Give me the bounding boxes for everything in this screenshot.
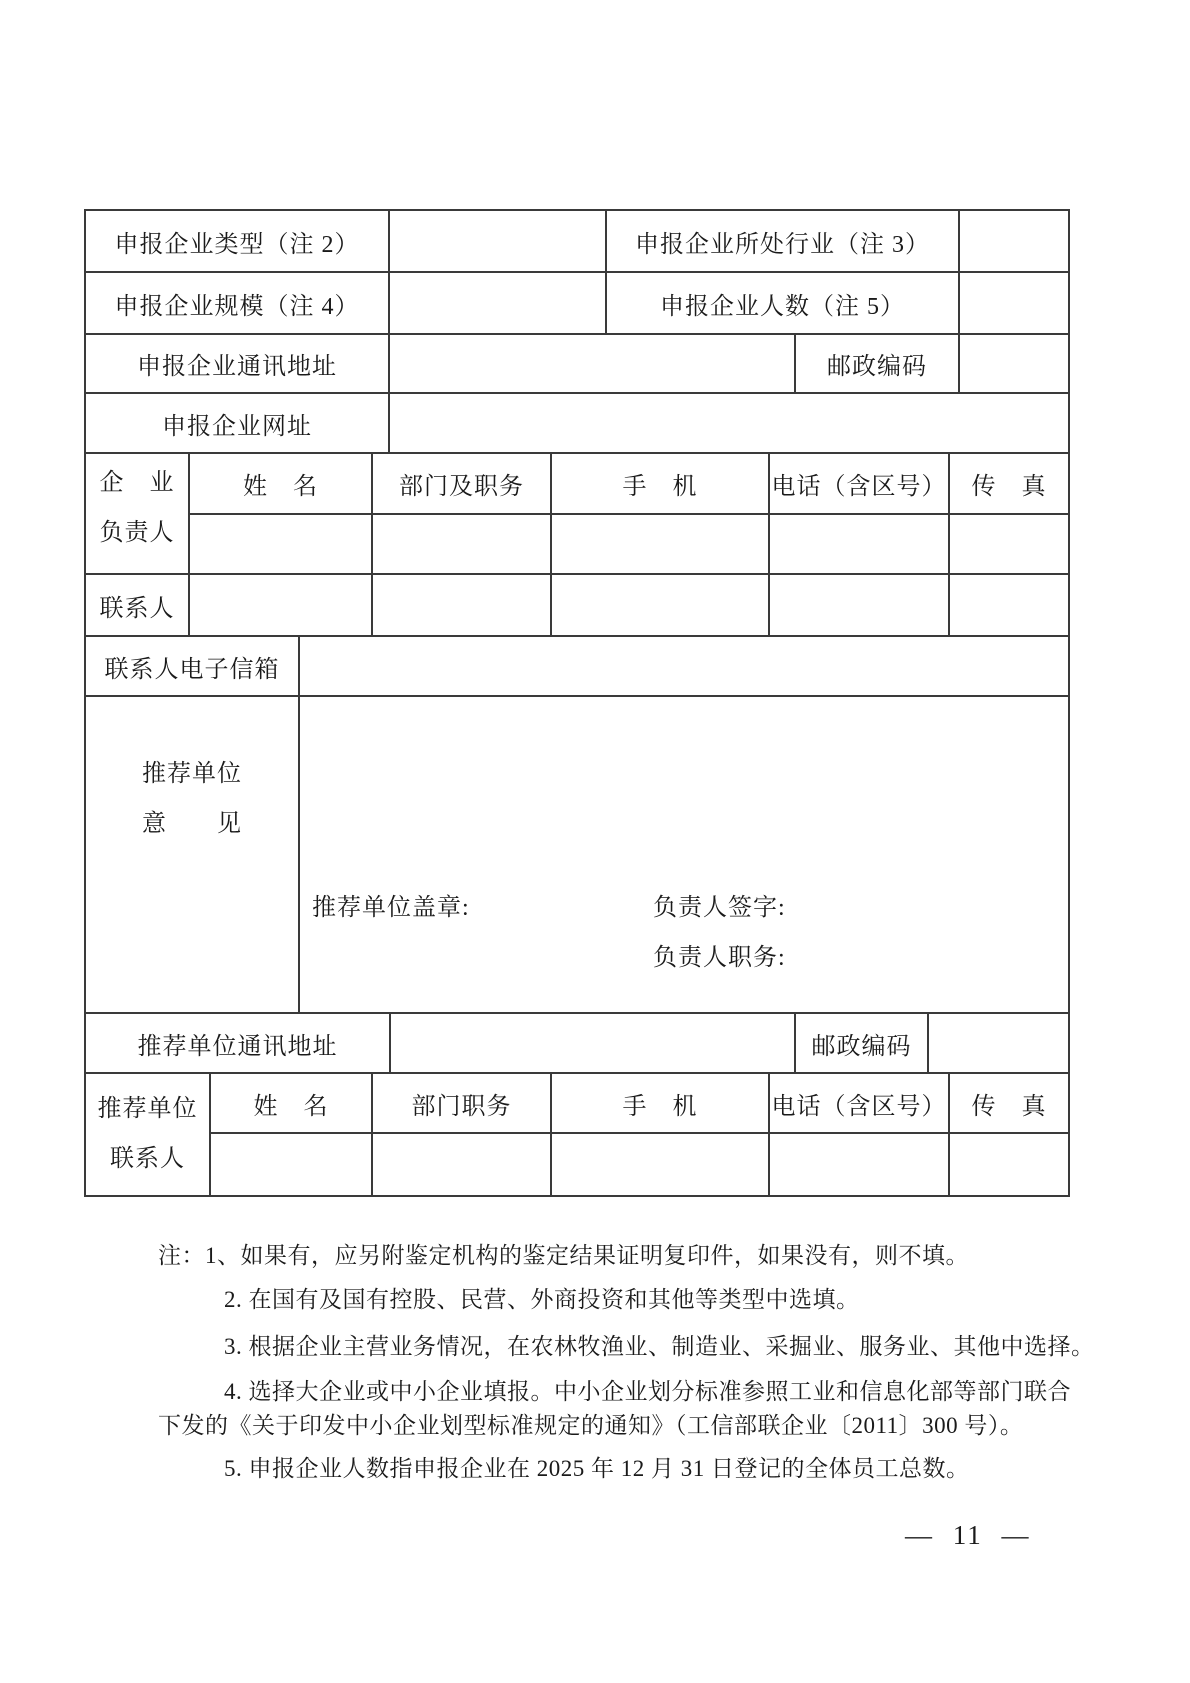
header-mobile: 手 机: [552, 454, 770, 513]
contact-phone-field[interactable]: [770, 575, 950, 635]
applicant-scale-field[interactable]: [390, 273, 607, 333]
label-applicant-scale: 申报企业规模（注 4）: [86, 273, 390, 333]
footnotes: 注：1、如果有，应另附鉴定机构的鉴定结果证明复印件，如果没有，则不填。 2. 在…: [158, 1240, 1103, 1485]
label-enterprise-leader: 企 业 负责人: [86, 454, 188, 575]
label-recommend-address: 推荐单位通讯地址: [86, 1014, 391, 1072]
label-postal-code-1: 邮政编码: [796, 335, 960, 392]
leader-mobile-field[interactable]: [552, 515, 770, 573]
footnote-2: 2. 在国有及国有控股、民营、外商投资和其他等类型中选填。: [224, 1284, 1103, 1316]
leader-phone-field[interactable]: [770, 515, 950, 573]
footnote-3: 3. 根据企业主营业务情况，在农林牧渔业、制造业、采掘业、服务业、其他中选择。: [224, 1331, 1103, 1363]
contact-fax-field[interactable]: [950, 575, 1068, 635]
enterprise-contacts-block: 企 业 负责人 联系人 姓 名 部门及职务 手 机 电话（含区号） 传 真: [86, 454, 1068, 637]
enterprise-contacts-header-row: 姓 名 部门及职务 手 机 电话（含区号） 传 真: [190, 454, 1068, 515]
rec-header-department: 部门职务: [373, 1074, 552, 1132]
applicant-postcode-field[interactable]: [960, 335, 1068, 392]
header-phone: 电话（含区号）: [770, 454, 950, 513]
document-page: 申报企业类型（注 2） 申报企业所处行业（注 3） 申报企业规模（注 4） 申报…: [0, 0, 1190, 1683]
applicant-industry-field[interactable]: [960, 211, 1068, 271]
label-enterprise-contact: 联系人: [86, 575, 188, 635]
rec-header-phone: 电话（含区号）: [770, 1074, 950, 1132]
header-name: 姓 名: [190, 454, 373, 513]
enterprise-leader-row: [190, 515, 1068, 575]
header-department: 部门及职务: [373, 454, 552, 513]
row-recommend-opinion: 推荐单位 意 见 推荐单位盖章: 负责人签字: 负责人职务:: [86, 697, 1068, 1014]
rec-header-fax: 传 真: [950, 1074, 1068, 1132]
page-number: — 11 —: [905, 1520, 1031, 1551]
label-contact-email: 联系人电子信箱: [86, 637, 300, 695]
leader-name-field[interactable]: [190, 515, 373, 573]
applicant-type-field[interactable]: [390, 211, 607, 271]
applicant-website-field[interactable]: [390, 394, 1068, 452]
rec-header-mobile: 手 机: [552, 1074, 770, 1132]
application-form-table: 申报企业类型（注 2） 申报企业所处行业（注 3） 申报企业规模（注 4） 申报…: [84, 209, 1070, 1197]
header-fax: 传 真: [950, 454, 1068, 513]
row-contact-email: 联系人电子信箱: [86, 637, 1068, 697]
label-applicant-headcount: 申报企业人数（注 5）: [607, 273, 960, 333]
leader-department-field[interactable]: [373, 515, 552, 573]
row-applicant-website: 申报企业网址: [86, 394, 1068, 454]
label-applicant-industry: 申报企业所处行业（注 3）: [607, 211, 960, 271]
rec-contact-mobile-field[interactable]: [552, 1134, 770, 1195]
enterprise-contacts-labels: 企 业 负责人 联系人: [86, 454, 190, 635]
recommend-postcode-field[interactable]: [929, 1014, 1068, 1072]
rec-contact-department-field[interactable]: [373, 1134, 552, 1195]
row-applicant-address: 申报企业通讯地址 邮政编码: [86, 335, 1068, 394]
row-applicant-type: 申报企业类型（注 2） 申报企业所处行业（注 3）: [86, 211, 1068, 273]
label-recommend-contact-line1: 推荐单位: [98, 1084, 198, 1134]
footnote-4-line1: 4. 选择大企业或中小企业填报。中小企业划分标准参照工业和信息化部等部门联合: [224, 1376, 1103, 1408]
label-enterprise-leader-line1: 企 业: [100, 458, 175, 508]
label-recommend-opinion-line1: 推荐单位: [142, 749, 242, 799]
recommend-address-field[interactable]: [391, 1014, 796, 1072]
applicant-address-field[interactable]: [390, 335, 796, 392]
contact-name-field[interactable]: [190, 575, 373, 635]
rec-contact-phone-field[interactable]: [770, 1134, 950, 1195]
label-recommend-contact-line2: 联系人: [110, 1134, 185, 1184]
enterprise-contact-row: [190, 575, 1068, 635]
contact-mobile-field[interactable]: [552, 575, 770, 635]
label-postal-code-2: 邮政编码: [796, 1014, 929, 1072]
contact-department-field[interactable]: [373, 575, 552, 635]
label-applicant-address: 申报企业通讯地址: [86, 335, 390, 392]
recommend-opinion-field[interactable]: 推荐单位盖章: 负责人签字: 负责人职务:: [300, 697, 1068, 1012]
contact-email-field[interactable]: [300, 637, 1068, 695]
label-recommend-contact: 推荐单位 联系人: [86, 1074, 211, 1195]
enterprise-contacts-grid: 姓 名 部门及职务 手 机 电话（含区号） 传 真: [190, 454, 1068, 635]
rec-contact-fax-field[interactable]: [950, 1134, 1068, 1195]
recommend-contact-row: [211, 1134, 1068, 1195]
footnote-4-line2: 下发的《关于印发中小企业划型标准规定的通知》（工信部联企业〔2011〕300 号…: [158, 1410, 1103, 1442]
label-enterprise-leader-line2: 负责人: [100, 508, 175, 558]
recommend-contacts-block: 推荐单位 联系人 姓 名 部门职务 手 机 电话（含区号） 传 真: [86, 1074, 1068, 1195]
row-applicant-scale: 申报企业规模（注 4） 申报企业人数（注 5）: [86, 273, 1068, 335]
label-recommend-seal: 推荐单位盖章:: [312, 887, 470, 922]
label-applicant-website: 申报企业网址: [86, 394, 390, 452]
applicant-headcount-field[interactable]: [960, 273, 1068, 333]
recommend-contacts-header-row: 姓 名 部门职务 手 机 电话（含区号） 传 真: [211, 1074, 1068, 1134]
label-leader-title: 负责人职务:: [653, 937, 786, 972]
recommend-contacts-grid: 姓 名 部门职务 手 机 电话（含区号） 传 真: [211, 1074, 1068, 1195]
label-applicant-type: 申报企业类型（注 2）: [86, 211, 390, 271]
label-leader-signature: 负责人签字:: [653, 887, 786, 922]
leader-fax-field[interactable]: [950, 515, 1068, 573]
label-recommend-opinion-line2: 意 见: [142, 799, 242, 849]
footnote-5: 5. 申报企业人数指申报企业在 2025 年 12 月 31 日登记的全体员工总…: [224, 1453, 1103, 1485]
rec-header-name: 姓 名: [211, 1074, 373, 1132]
footnote-1: 注：1、如果有，应另附鉴定机构的鉴定结果证明复印件，如果没有，则不填。: [158, 1240, 1103, 1272]
label-recommend-opinion: 推荐单位 意 见: [86, 697, 300, 1012]
row-recommend-address: 推荐单位通讯地址 邮政编码: [86, 1014, 1068, 1074]
rec-contact-name-field[interactable]: [211, 1134, 373, 1195]
